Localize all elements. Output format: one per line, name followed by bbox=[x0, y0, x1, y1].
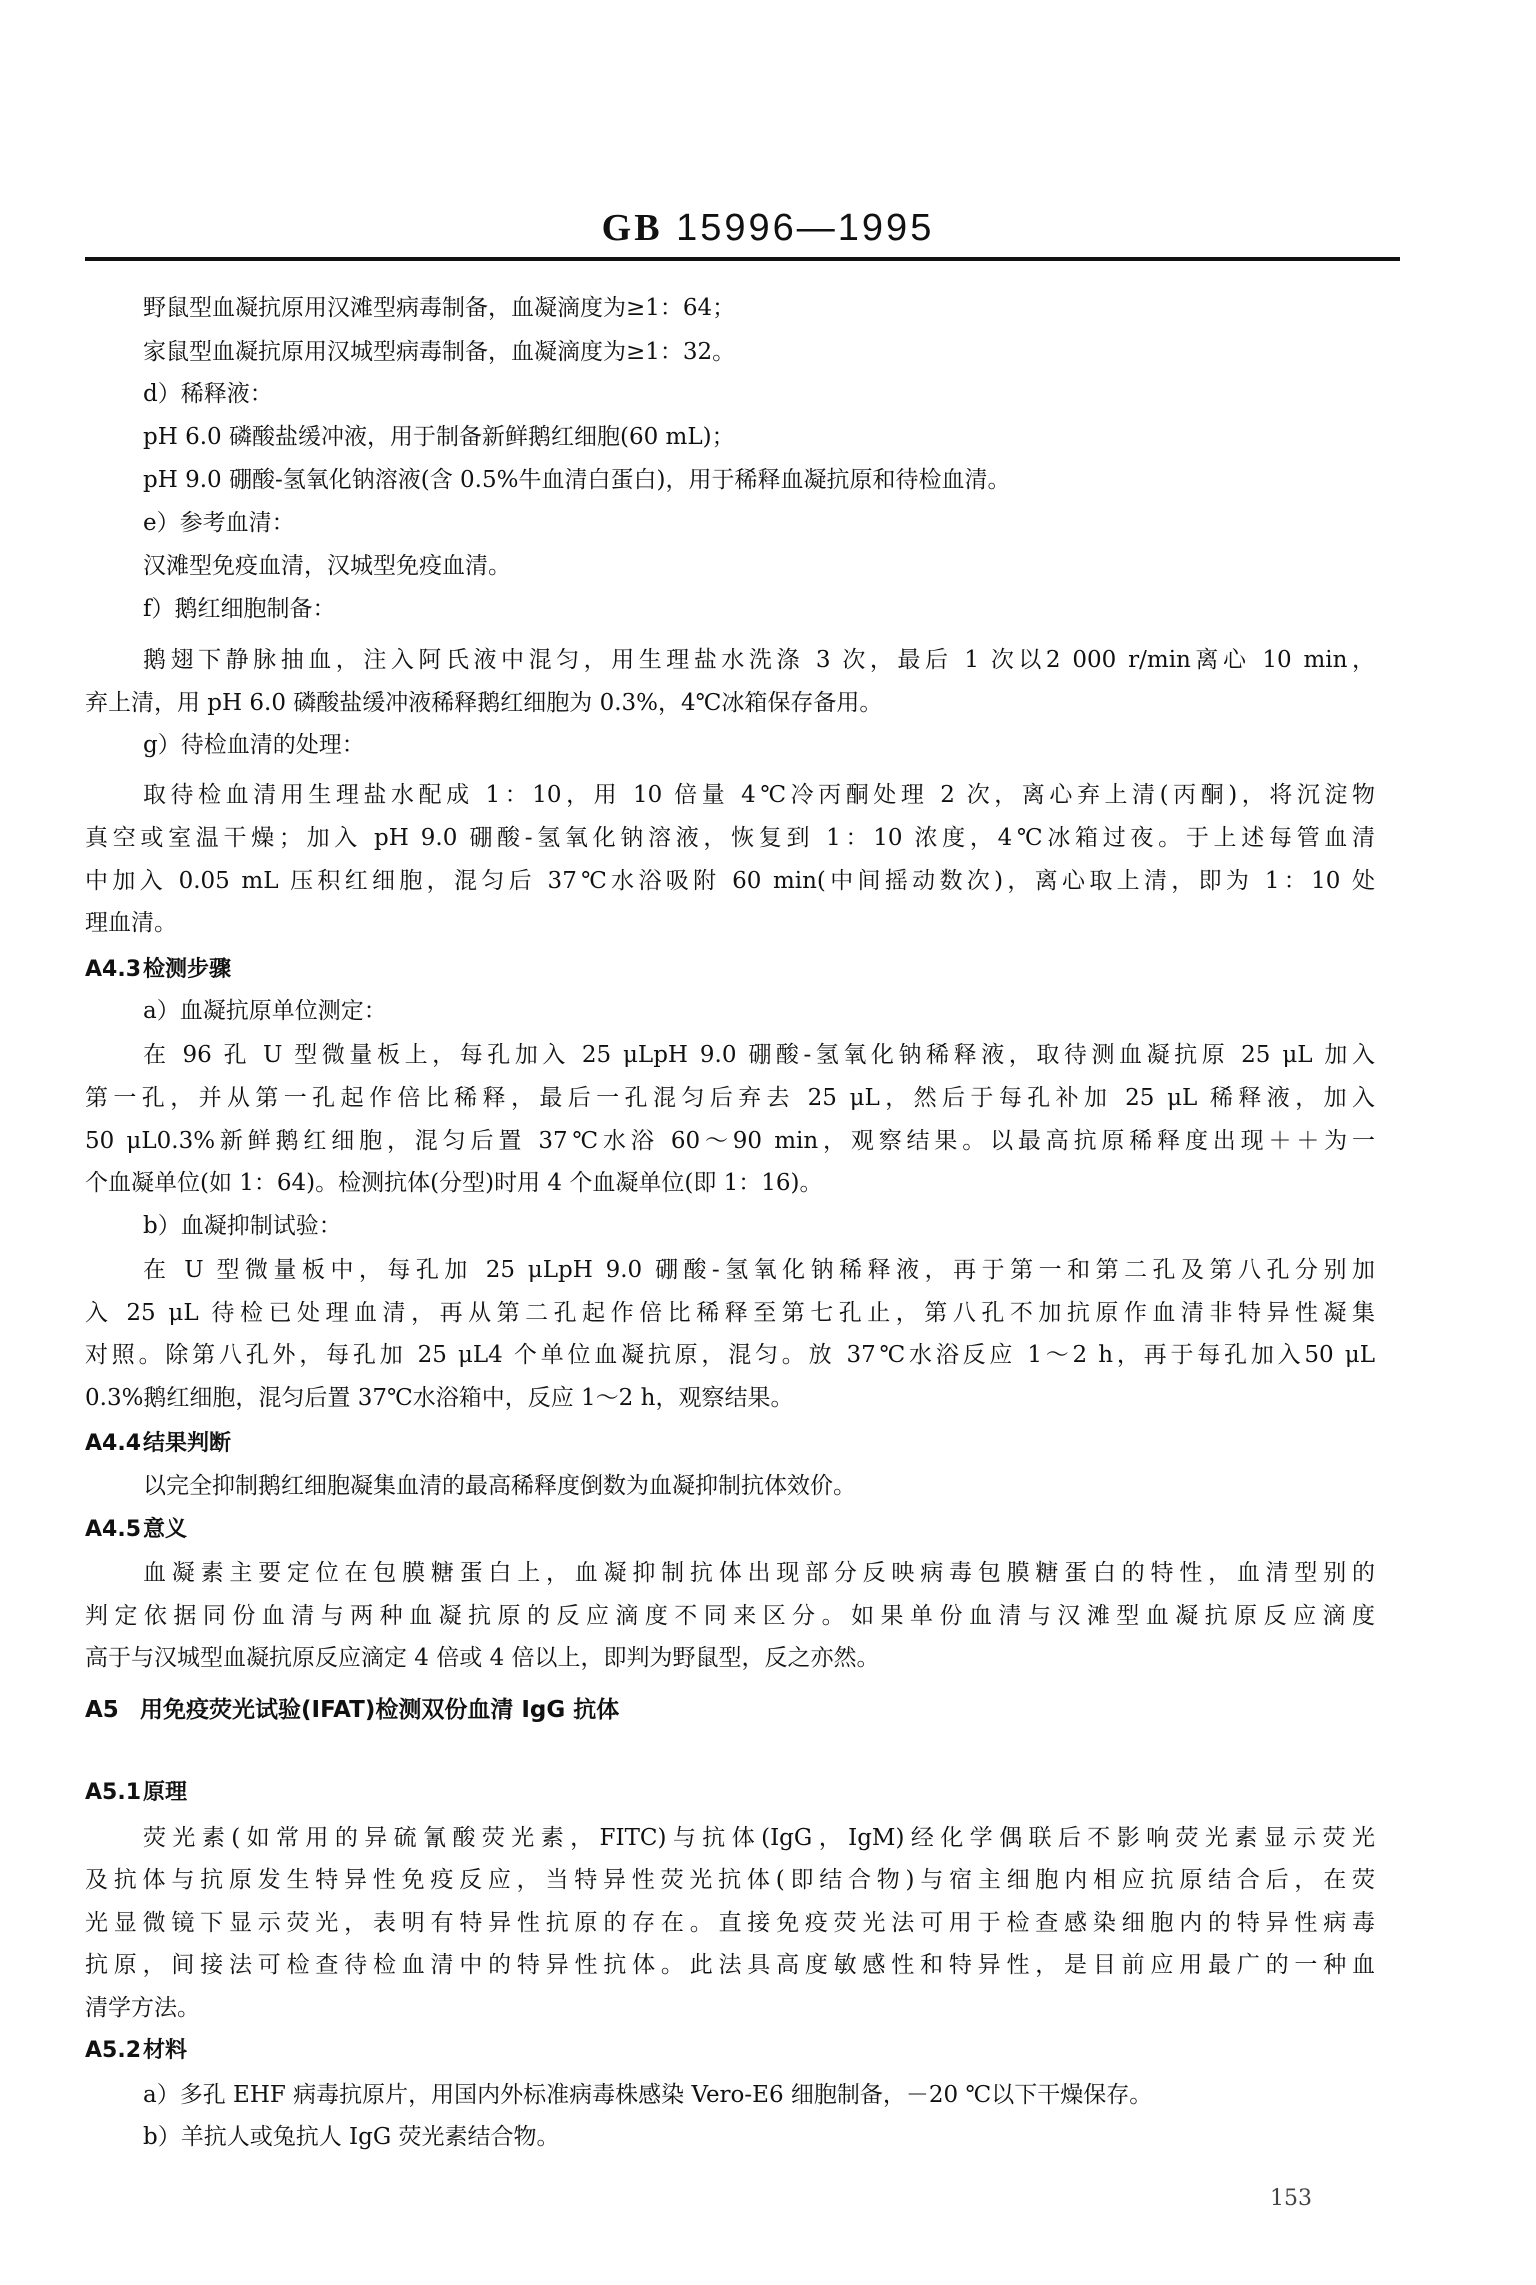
paragraph-line: 高于与汉城型血凝抗原反应滴定 4 倍或 4 倍以上，即判为野鼠型，反之亦然。 bbox=[85, 1643, 880, 1673]
paragraph-line: 血凝素主要定位在包膜糖蛋白上，血凝抑制抗体出现部分反映病毒包膜糖蛋白的特性，血清… bbox=[143, 1558, 1375, 1588]
section-heading-a4-4: A4.4结果判断 bbox=[85, 1429, 231, 1459]
paragraph-line: 0.3%鹅红细胞，混匀后置 37℃水浴箱中，反应 1～2 h，观察结果。 bbox=[85, 1383, 793, 1413]
paragraph-line: 野鼠型血凝抗原用汉滩型病毒制备，血凝滴度为≥1：64； bbox=[143, 293, 735, 323]
paragraph-line: 理血清。 bbox=[85, 908, 177, 938]
paragraph-line: 入 25 μL 待检已处理血清，再从第二孔起作倍比稀释至第七孔止，第八孔不加抗原… bbox=[85, 1298, 1375, 1328]
section-heading-a4-5: A4.5意义 bbox=[85, 1515, 187, 1545]
list-item-label: b）血凝抑制试验： bbox=[143, 1211, 342, 1241]
paragraph-line: pH 6.0 磷酸盐缓冲液，用于制备新鲜鹅红细胞(60 mL)； bbox=[143, 422, 735, 452]
paragraph-line: 取待检血清用生理盐水配成 1：10，用 10 倍量 4℃冷丙酮处理 2 次，离心… bbox=[143, 780, 1375, 810]
paragraph-line: 在 U 型微量板中，每孔加 25 μLpH 9.0 硼酸-氢氧化钠稀释液，再于第… bbox=[143, 1255, 1375, 1285]
paragraph-line: 第一孔，并从第一孔起作倍比稀释，最后一孔混匀后弃去 25 μL，然后于每孔补加 … bbox=[85, 1083, 1375, 1113]
paragraph-line: pH 9.0 硼酸-氢氧化钠溶液(含 0.5%牛血清白蛋白)，用于稀释血凝抗原和… bbox=[143, 465, 1010, 495]
paragraph-line: 中加入 0.05 mL 压积红细胞，混匀后 37℃水浴吸附 60 min(中间摇… bbox=[85, 866, 1375, 896]
page-number: 153 bbox=[1270, 2186, 1312, 2211]
paragraph-line: 汉滩型免疫血清，汉城型免疫血清。 bbox=[143, 551, 511, 581]
section-heading-a4-3: A4.3检测步骤 bbox=[85, 955, 231, 985]
section-heading-a5: A5用免疫荧光试验(IFAT)检测双份血清 IgG 抗体 bbox=[85, 1695, 619, 1725]
standard-number: 15996—1995 bbox=[676, 207, 934, 249]
paragraph-line: 真空或室温干燥；加入 pH 9.0 硼酸-氢氧化钠溶液，恢复到 1：10 浓度，… bbox=[85, 823, 1375, 853]
paragraph-line: 对照。除第八孔外，每孔加 25 μL4 个单位血凝抗原，混匀。放 37℃水浴反应… bbox=[85, 1340, 1375, 1370]
paragraph-line: 荧光素(如常用的异硫氰酸荧光素，FITC)与抗体(IgG，IgM)经化学偶联后不… bbox=[143, 1823, 1375, 1853]
list-item-label: g）待检血清的处理： bbox=[143, 730, 365, 760]
section-heading-a5-1: A5.1原理 bbox=[85, 1778, 187, 1808]
list-item-label: f）鹅红细胞制备： bbox=[143, 594, 336, 624]
paragraph-line: 抗原，间接法可检查待检血清中的特异性抗体。此法具高度敏感性和特异性，是目前应用最… bbox=[85, 1950, 1375, 1980]
paragraph-line: 及抗体与抗原发生特异性免疫反应，当特异性荧光抗体(即结合物)与宿主细胞内相应抗原… bbox=[85, 1865, 1375, 1895]
paragraph-line: 50 μL0.3%新鲜鹅红细胞，混匀后置 37℃水浴 60～90 min，观察结… bbox=[85, 1126, 1375, 1156]
section-heading-a5-2: A5.2材料 bbox=[85, 2036, 187, 2066]
header-rule bbox=[85, 257, 1400, 261]
paragraph-line: 家鼠型血凝抗原用汉城型病毒制备，血凝滴度为≥1：32。 bbox=[143, 337, 735, 367]
paragraph-line: 弃上清，用 pH 6.0 磷酸盐缓冲液稀释鹅红细胞为 0.3%，4℃冰箱保存备用… bbox=[85, 688, 882, 718]
list-item: b）羊抗人或兔抗人 IgG 荧光素结合物。 bbox=[143, 2122, 560, 2152]
paragraph-line: 清学方法。 bbox=[85, 1993, 200, 2023]
paragraph-line: 光显微镜下显示荧光，表明有特异性抗原的存在。直接免疫荧光法可用于检查感染细胞内的… bbox=[85, 1908, 1375, 1938]
standard-code: GB bbox=[602, 207, 663, 249]
list-item: a）多孔 EHF 病毒抗原片，用国内外标准病毒株感染 Vero-E6 细胞制备，… bbox=[143, 2080, 1152, 2110]
paragraph-line: 在 96 孔 U 型微量板上，每孔加入 25 μLpH 9.0 硼酸-氢氧化钠稀… bbox=[143, 1040, 1375, 1070]
paragraph-line: 鹅翅下静脉抽血，注入阿氏液中混匀，用生理盐水洗涤 3 次，最后 1 次以2 00… bbox=[143, 645, 1375, 675]
list-item-label: d）稀释液： bbox=[143, 379, 273, 409]
list-item-label: a）血凝抗原单位测定： bbox=[143, 996, 387, 1026]
list-item-label: e）参考血清： bbox=[143, 508, 295, 538]
running-header: GB 15996—1995 bbox=[0, 206, 1536, 250]
paragraph-line: 判定依据同份血清与两种血凝抗原的反应滴度不同来区分。如果单份血清与汉滩型血凝抗原… bbox=[85, 1601, 1375, 1631]
paragraph-line: 个血凝单位(如 1：64)。检测抗体(分型)时用 4 个血凝单位(即 1：16)… bbox=[85, 1168, 823, 1198]
paragraph-line: 以完全抑制鹅红细胞凝集血清的最高稀释度倒数为血凝抑制抗体效价。 bbox=[143, 1471, 856, 1501]
